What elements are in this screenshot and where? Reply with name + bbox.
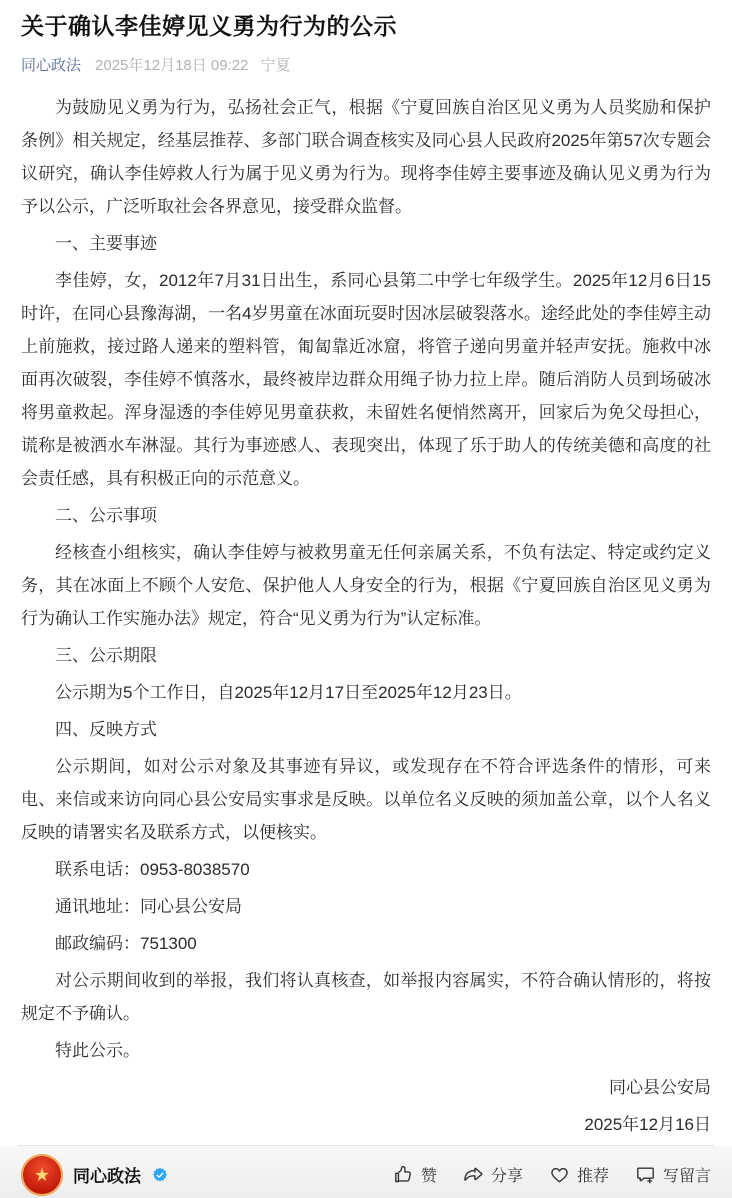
paragraph-items: 经核查小组核实，确认李佳婷与被救男童无任何亲属关系，不负有法定、特定或约定义务，… bbox=[21, 536, 711, 635]
account-name[interactable]: 同心政法 bbox=[73, 1162, 141, 1187]
contact-address: 通讯地址：同心县公安局 bbox=[21, 890, 711, 923]
section-heading-3: 三、公示期限 bbox=[21, 639, 711, 672]
section-heading-1: 一、主要事迹 bbox=[21, 227, 711, 260]
article-content: 关于确认李佳婷见义勇为行为的公示 同心政法 2025年12月18日 09:22 … bbox=[0, 0, 732, 1145]
national-emblem-icon bbox=[32, 1165, 52, 1185]
section-heading-2: 二、公示事项 bbox=[21, 499, 711, 532]
heart-icon bbox=[549, 1164, 570, 1185]
comment-button[interactable]: 写留言 bbox=[635, 1163, 711, 1186]
paragraph-report-handling: 对公示期间收到的举报，我们将认真核查，如举报内容属实，不符合确认情形的，将按规定… bbox=[21, 964, 711, 1030]
account-avatar[interactable] bbox=[21, 1154, 63, 1196]
signature-org: 同心县公安局 bbox=[21, 1071, 711, 1104]
contact-phone: 联系电话：0953-8038570 bbox=[21, 853, 711, 886]
recommend-label: 推荐 bbox=[577, 1163, 609, 1186]
recommend-button[interactable]: 推荐 bbox=[549, 1163, 609, 1186]
publish-location: 宁夏 bbox=[260, 54, 290, 75]
paragraph-intro: 为鼓励见义勇为行为，弘扬社会正气，根据《宁夏回族自治区见义勇为人员奖励和保护条例… bbox=[21, 91, 711, 223]
contact-postcode: 邮政编码：751300 bbox=[21, 927, 711, 960]
article-page: 关于确认李佳婷见义勇为行为的公示 同心政法 2025年12月18日 09:22 … bbox=[0, 0, 732, 1198]
footer-bar: 同心政法 赞 分享 bbox=[0, 1146, 732, 1198]
paragraph-closing: 特此公示。 bbox=[21, 1034, 711, 1067]
share-button[interactable]: 分享 bbox=[463, 1163, 523, 1186]
footer-section: 同心政法 赞 分享 bbox=[0, 1145, 732, 1198]
action-bar: 赞 分享 推荐 bbox=[393, 1163, 711, 1186]
byline: 同心政法 2025年12月18日 09:22 宁夏 bbox=[21, 54, 711, 75]
paragraph-period: 公示期为5个工作日，自2025年12月17日至2025年12月23日。 bbox=[21, 676, 711, 709]
like-button[interactable]: 赞 bbox=[393, 1163, 437, 1186]
signature-date: 2025年12月16日 bbox=[21, 1108, 711, 1141]
paragraph-feedback: 公示期间，如对公示对象及其事迹有异议，或发现存在不符合评选条件的情形，可来电、来… bbox=[21, 750, 711, 849]
publish-date: 2025年12月18日 09:22 bbox=[95, 54, 248, 75]
page-title: 关于确认李佳婷见义勇为行为的公示 bbox=[21, 10, 711, 42]
share-label: 分享 bbox=[491, 1163, 523, 1186]
comment-icon bbox=[635, 1164, 656, 1185]
account-link[interactable]: 同心政法 bbox=[21, 54, 81, 75]
share-icon bbox=[463, 1164, 484, 1185]
like-label: 赞 bbox=[421, 1163, 437, 1186]
article-body: 为鼓励见义勇为行为，弘扬社会正气，根据《宁夏回族自治区见义勇为人员奖励和保护条例… bbox=[21, 91, 711, 1141]
paragraph-deeds: 李佳婷，女，2012年7月31日出生，系同心县第二中学七年级学生。2025年12… bbox=[21, 264, 711, 495]
thumbs-up-icon bbox=[393, 1164, 414, 1185]
account-profile[interactable]: 同心政法 bbox=[21, 1154, 168, 1196]
comment-label: 写留言 bbox=[663, 1163, 711, 1186]
section-heading-4: 四、反映方式 bbox=[21, 713, 711, 746]
verified-badge-icon bbox=[152, 1167, 168, 1183]
